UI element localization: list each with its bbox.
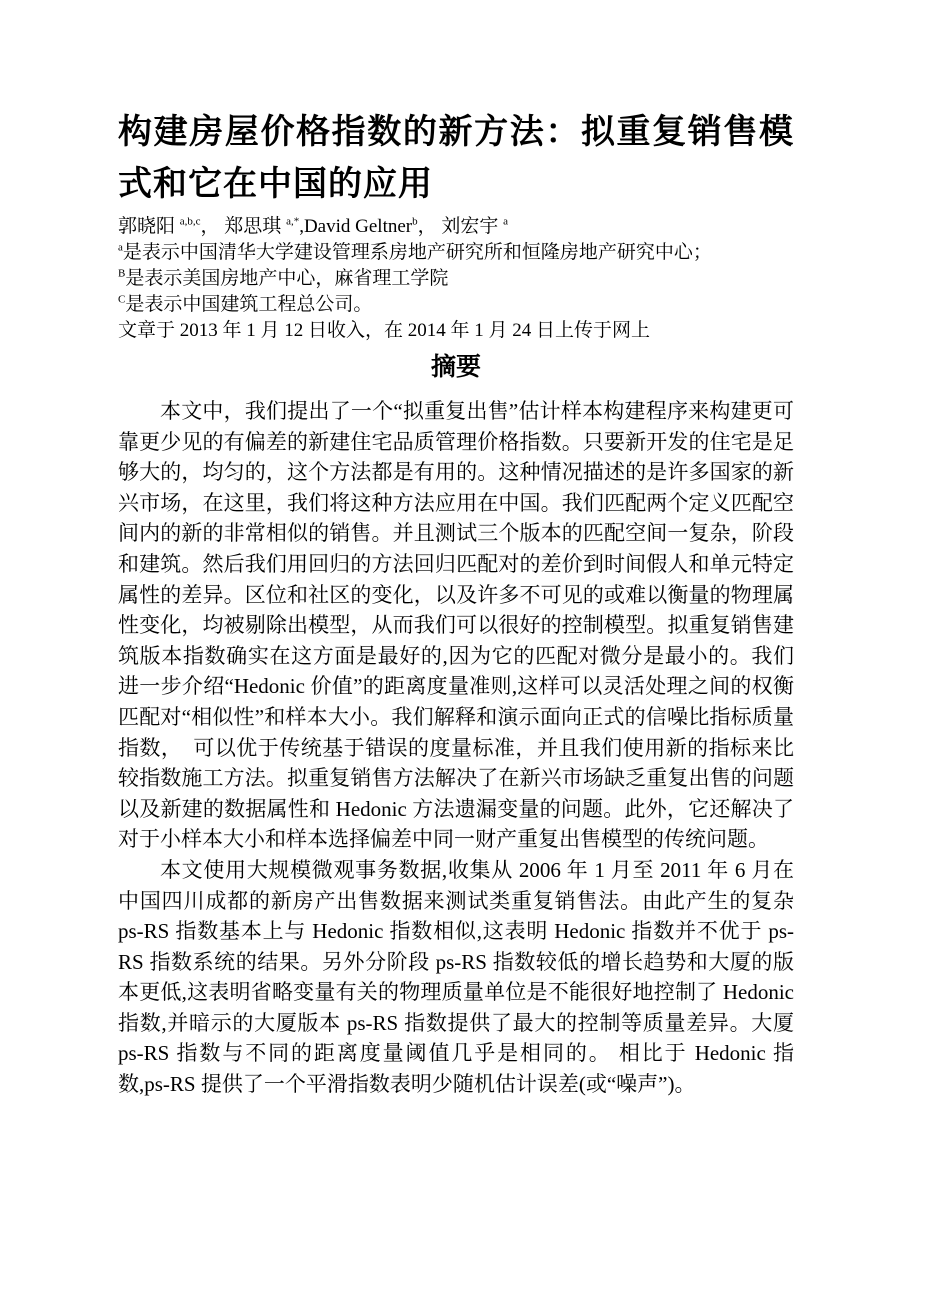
authors-line: 郭晓阳 a,b,c， 郑思琪 a,*,David Geltnerb， 刘宏宇 a bbox=[118, 214, 794, 240]
affiliation-text: 是表示美国房地产中心，麻省理工学院 bbox=[125, 268, 448, 289]
affiliation-text: 是表示中国建筑工程总公司。 bbox=[125, 294, 372, 315]
author-affiliation-marker: a bbox=[503, 216, 508, 228]
author-affiliation-marker: a,* bbox=[286, 216, 299, 228]
author-name: 郑思琪 bbox=[224, 216, 286, 237]
author-name: 刘宏宇 bbox=[441, 216, 503, 237]
paper-title: 构建房屋价格指数的新方法：拟重复销售模式和它在中国的应用 bbox=[118, 106, 794, 210]
author-separator: ， bbox=[418, 216, 442, 237]
abstract-heading: 摘要 bbox=[118, 350, 794, 384]
abstract-paragraph-1: 本文中，我们提出了一个“拟重复出售”估计样本构建程序来构建更可靠更少见的有偏差的… bbox=[118, 396, 794, 855]
author-name: 郭晓阳 bbox=[118, 216, 180, 237]
author-affiliation-marker: a,b,c bbox=[180, 216, 201, 228]
author-name: David Geltner bbox=[304, 216, 412, 237]
affiliation-line: B是表示美国房地产中心，麻省理工学院 bbox=[118, 266, 794, 292]
affiliation-line: C是表示中国建筑工程总公司。 bbox=[118, 292, 794, 318]
document-page: 构建房屋价格指数的新方法：拟重复销售模式和它在中国的应用 郭晓阳 a,b,c， … bbox=[0, 0, 926, 1309]
author-separator: ， bbox=[201, 216, 225, 237]
affiliation-text: 是表示中国清华大学建设管理系房地产研究所和恒隆房地产研究中心； bbox=[123, 242, 712, 263]
received-date-line: 文章于 2013 年 1 月 12 日收入，在 2014 年 1 月 24 日上… bbox=[118, 318, 794, 344]
page-content: 构建房屋价格指数的新方法：拟重复销售模式和它在中国的应用 郭晓阳 a,b,c， … bbox=[118, 106, 794, 1100]
affiliation-line: a是表示中国清华大学建设管理系房地产研究所和恒隆房地产研究中心； bbox=[118, 240, 794, 266]
abstract-paragraph-2: 本文使用大规模微观事务数据,收集从 2006 年 1 月至 2011 年 6 月… bbox=[118, 855, 794, 1100]
